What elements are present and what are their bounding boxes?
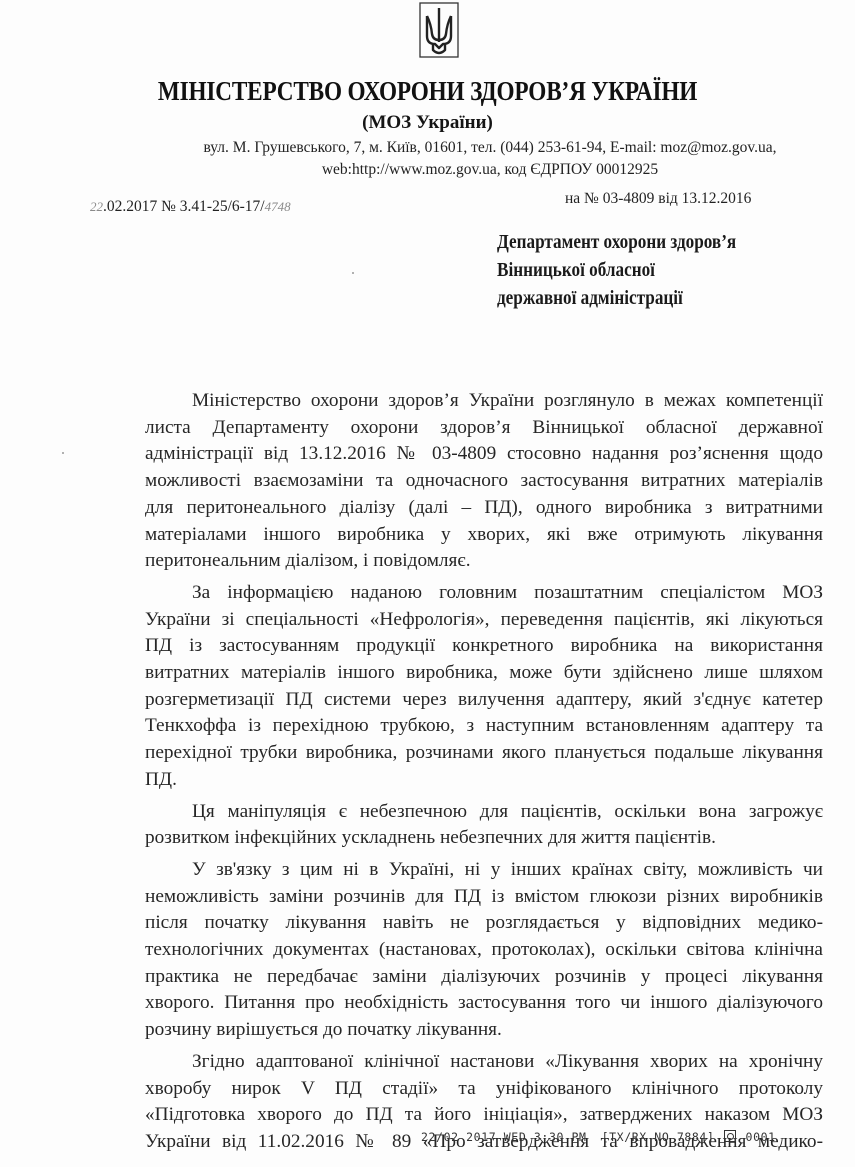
text-line: розчину вирішується до початку лікування… [98,1017,823,1044]
paragraph: Ця маніпуляція є небезпечною для пацієнт… [98,799,823,852]
document-page: МІНІСТЕРСТВО ОХОРОНИ ЗДОРОВ’Я УКРАЇНИ (М… [0,0,855,1167]
outgoing-reference: 22.02.2017 № 3.41-25/6-17/4748 [90,198,291,216]
addressee-line: Департамент охорони здоров’я [497,229,736,257]
text-line: ПД із застосуванням продукції конкретног… [98,633,823,660]
text-line: хворого. Питання про необхідність застос… [98,990,823,1017]
text-line: після початку лікування навіть не розгля… [98,910,823,937]
text-line: За інформацією наданою головним позаштат… [98,580,823,607]
scan-speck [62,452,64,454]
text-line: перитонеальним діалізом, і повідомляє. [98,548,823,575]
fax-page-icon [724,1130,736,1142]
ministry-short-name: (МОЗ України) [0,112,855,134]
text-line: практика не передбачає заміни діалізуючи… [98,964,823,991]
text-line: «Підготовка хворого до ПД та його ініціа… [98,1102,823,1129]
outgoing-number: .02.2017 № 3.41-25/6-17/ [103,198,265,215]
text-line: технологічних документах (настановах, пр… [98,937,823,964]
paragraph: У зв'язку з цим ні в Україні, ні у інших… [98,857,823,1044]
text-line: листа Департаменту охорони здоров’я Вінн… [98,415,823,442]
fax-weekday: WED [504,1130,527,1144]
addressee-line: державної адміністрації [497,285,736,313]
text-line: розвитком інфекційних ускладнень небезпе… [98,825,823,852]
text-line: ПД. [98,767,823,794]
ministry-contacts: вул. М. Грушевського, 7, м. Київ, 01601,… [140,137,840,181]
address-line: вул. М. Грушевського, 7, м. Київ, 01601,… [140,137,840,159]
fax-page-number: 0001 [746,1130,776,1144]
text-line: матеріалами іншого виробника у хворих, я… [98,522,823,549]
handwritten-number: 4748 [265,199,291,214]
text-line: адміністрації від 13.12.2016 № 03-4809 с… [98,441,823,468]
text-line: Міністерство охорони здоров’я України ро… [98,388,823,415]
text-line: У зв'язку з цим ні в Україні, ні у інших… [98,857,823,884]
text-line: витратних матеріалів іншого виробника, м… [98,660,823,687]
fax-date: 22/02 2017 [421,1130,496,1144]
fax-transmission-footer: 22/02 2017 WED 3:30 PM [TX/RX NO 7884] 0… [421,1130,776,1144]
text-line: неможливість заміни розчинів для ПД із в… [98,884,823,911]
text-line: України зі спеціальності «Нефрологія», п… [98,607,823,634]
text-line: для перитонеального діалізу (далі – ПД),… [98,495,823,522]
text-line: Тенкхоффа із перехідною трубкою, з насту… [98,713,823,740]
addressee-line: Вінницької обласної [497,257,736,285]
addressee-block: Департамент охорони здоров’я Вінницької … [497,229,736,313]
scan-speck [352,272,354,274]
text-line: Ця маніпуляція є небезпечною для пацієнт… [98,799,823,826]
ministry-name: МІНІСТЕРСТВО ОХОРОНИ ЗДОРОВ’Я УКРАЇНИ [60,76,795,107]
letter-body: Міністерство охорони здоров’я України ро… [98,388,823,1161]
fax-time: 3:30 PM [534,1130,587,1144]
text-line: хворобу нирок V ПД стадії» та уніфікован… [98,1076,823,1103]
text-line: розгерметизації ПД системи через вилучен… [98,687,823,714]
text-line: Згідно адаптованої клінічної настанови «… [98,1049,823,1076]
web-line: web:http://www.moz.gov.ua, код ЄДРПОУ 00… [140,159,840,181]
incoming-reference: на № 03-4809 від 13.12.2016 [565,190,751,208]
paragraph: Міністерство охорони здоров’я України ро… [98,388,823,575]
text-line: перехідної трубки виробника, розчинами я… [98,740,823,767]
text-line: можливості взаємозаміни та одночасного з… [98,468,823,495]
paragraph: За інформацією наданою головним позаштат… [98,580,823,794]
fax-txrx-number: [TX/RX NO 7884] [602,1130,715,1144]
coat-of-arms-icon [413,2,465,60]
handwritten-day: 22 [90,199,103,214]
